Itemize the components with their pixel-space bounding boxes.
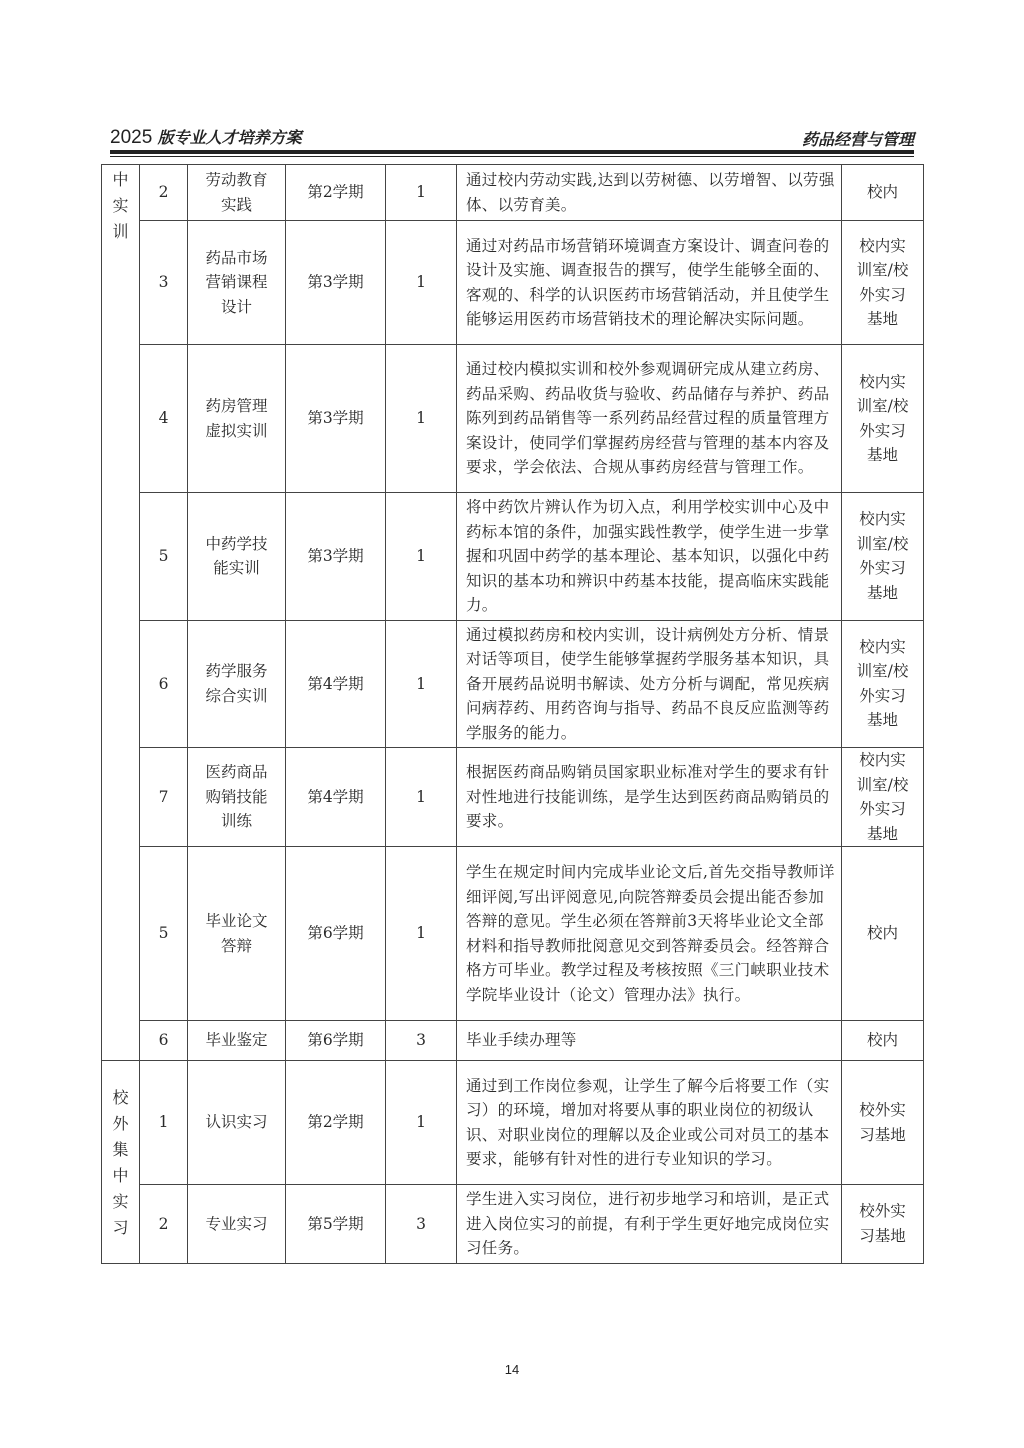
table-row: 6 毕业鉴定 第6学期 3 毕业手续办理等 校内 — [102, 1021, 924, 1061]
practice-name: 药房管理虚拟实训 — [188, 345, 286, 493]
page-header: 2025 版专业人才培养方案 药品经营与管理 — [110, 125, 914, 149]
weeks: 1 — [386, 165, 457, 221]
practice-name: 医药商品购销技能训练 — [188, 748, 286, 847]
semester: 第4学期 — [286, 748, 386, 847]
weeks: 1 — [386, 493, 457, 621]
row-number: 5 — [140, 847, 188, 1021]
table-row: 6 药学服务综合实训 第4学期 1 通过模拟药房和校内实训，设计病例处方分析、情… — [102, 620, 924, 748]
page-number: 14 — [0, 1362, 1024, 1377]
weeks: 3 — [386, 1185, 457, 1264]
category-cell: 校外集中实习 — [102, 1061, 140, 1264]
header-rule-thick — [110, 150, 914, 154]
practice-name: 中药学技能实训 — [188, 493, 286, 621]
weeks: 1 — [386, 221, 457, 345]
practice-content: 通过校内劳动实践,达到以劳树德、以劳增智、以劳强体、以劳育美。 — [457, 165, 842, 221]
category-label: 校外集中实习 — [102, 1085, 139, 1241]
table-row: 中实训 2 劳动教育实践 第2学期 1 通过校内劳动实践,达到以劳树德、以劳增智… — [102, 165, 924, 221]
practice-name: 认识实习 — [188, 1061, 286, 1185]
semester: 第3学期 — [286, 345, 386, 493]
header-title: 版专业人才培养方案 — [158, 128, 302, 147]
practice-content: 学生进入实习岗位，进行初步地学习和培训，是正式进入岗位实习的前提，有利于学生更好… — [457, 1185, 842, 1264]
practice-name: 劳动教育实践 — [188, 165, 286, 221]
location: 校内实训室/校外实习基地 — [842, 748, 924, 847]
weeks: 1 — [386, 620, 457, 748]
semester: 第6学期 — [286, 847, 386, 1021]
practice-content: 通过模拟药房和校内实训，设计病例处方分析、情景对话等项目，使学生能够掌握药学服务… — [457, 620, 842, 748]
practice-schedule-table: 中实训 2 劳动教育实践 第2学期 1 通过校内劳动实践,达到以劳树德、以劳增智… — [101, 164, 924, 1264]
row-number: 7 — [140, 748, 188, 847]
row-number: 6 — [140, 620, 188, 748]
weeks: 3 — [386, 1021, 457, 1061]
location: 校内 — [842, 847, 924, 1021]
row-number: 2 — [140, 165, 188, 221]
row-number: 1 — [140, 1061, 188, 1185]
location: 校内实训室/校外实习基地 — [842, 620, 924, 748]
practice-name: 药品市场营销课程设计 — [188, 221, 286, 345]
practice-content: 根据医药商品购销员国家职业标准对学生的要求有针对性地进行技能训练，是学生达到医药… — [457, 748, 842, 847]
practice-content: 将中药饮片辨认作为切入点，利用学校实训中心及中药标本馆的条件，加强实践性教学，使… — [457, 493, 842, 621]
practice-name: 毕业鉴定 — [188, 1021, 286, 1061]
practice-content: 学生在规定时间内完成毕业论文后,首先交指导教师详细评阅,写出评阅意见,向院答辩委… — [457, 847, 842, 1021]
weeks: 1 — [386, 847, 457, 1021]
practice-name: 药学服务综合实训 — [188, 620, 286, 748]
category-cell: 中实训 — [102, 165, 140, 1061]
practice-content: 通过校内模拟实训和校外参观调研完成从建立药房、药品采购、药品收货与验收、药品储存… — [457, 345, 842, 493]
table-row: 4 药房管理虚拟实训 第3学期 1 通过校内模拟实训和校外参观调研完成从建立药房… — [102, 345, 924, 493]
table-row: 校外集中实习 1 认识实习 第2学期 1 通过到工作岗位参观，让学生了解今后将要… — [102, 1061, 924, 1185]
semester: 第4学期 — [286, 620, 386, 748]
practice-name: 专业实习 — [188, 1185, 286, 1264]
practice-name: 毕业论文答辩 — [188, 847, 286, 1021]
category-label: 中实训 — [102, 167, 139, 245]
weeks: 1 — [386, 748, 457, 847]
semester: 第3学期 — [286, 221, 386, 345]
weeks: 1 — [386, 1061, 457, 1185]
row-number: 3 — [140, 221, 188, 345]
header-year: 2025 — [110, 127, 152, 148]
location: 校外实习基地 — [842, 1185, 924, 1264]
table-row: 7 医药商品购销技能训练 第4学期 1 根据医药商品购销员国家职业标准对学生的要… — [102, 748, 924, 847]
location: 校内实训室/校外实习基地 — [842, 493, 924, 621]
table-row: 5 毕业论文答辩 第6学期 1 学生在规定时间内完成毕业论文后,首先交指导教师详… — [102, 847, 924, 1021]
table-row: 3 药品市场营销课程设计 第3学期 1 通过对药品市场营销环境调查方案设计、调查… — [102, 221, 924, 345]
table-row: 5 中药学技能实训 第3学期 1 将中药饮片辨认作为切入点，利用学校实训中心及中… — [102, 493, 924, 621]
semester: 第3学期 — [286, 493, 386, 621]
header-major: 药品经营与管理 — [802, 127, 914, 150]
row-number: 6 — [140, 1021, 188, 1061]
row-number: 4 — [140, 345, 188, 493]
location: 校内实训室/校外实习基地 — [842, 221, 924, 345]
practice-content: 通过对药品市场营销环境调查方案设计、调查问卷的设计及实施、调查报告的撰写，使学生… — [457, 221, 842, 345]
weeks: 1 — [386, 345, 457, 493]
practice-content: 毕业手续办理等 — [457, 1021, 842, 1061]
row-number: 5 — [140, 493, 188, 621]
location: 校外实习基地 — [842, 1061, 924, 1185]
header-rule-thin — [110, 156, 914, 157]
semester: 第5学期 — [286, 1185, 386, 1264]
location: 校内 — [842, 165, 924, 221]
table-row: 2 专业实习 第5学期 3 学生进入实习岗位，进行初步地学习和培训，是正式进入岗… — [102, 1185, 924, 1264]
practice-content: 通过到工作岗位参观，让学生了解今后将要工作（实习）的环境，增加对将要从事的职业岗… — [457, 1061, 842, 1185]
location: 校内 — [842, 1021, 924, 1061]
semester: 第2学期 — [286, 1061, 386, 1185]
header-left: 2025 版专业人才培养方案 — [110, 125, 302, 149]
row-number: 2 — [140, 1185, 188, 1264]
semester: 第6学期 — [286, 1021, 386, 1061]
semester: 第2学期 — [286, 165, 386, 221]
location: 校内实训室/校外实习基地 — [842, 345, 924, 493]
